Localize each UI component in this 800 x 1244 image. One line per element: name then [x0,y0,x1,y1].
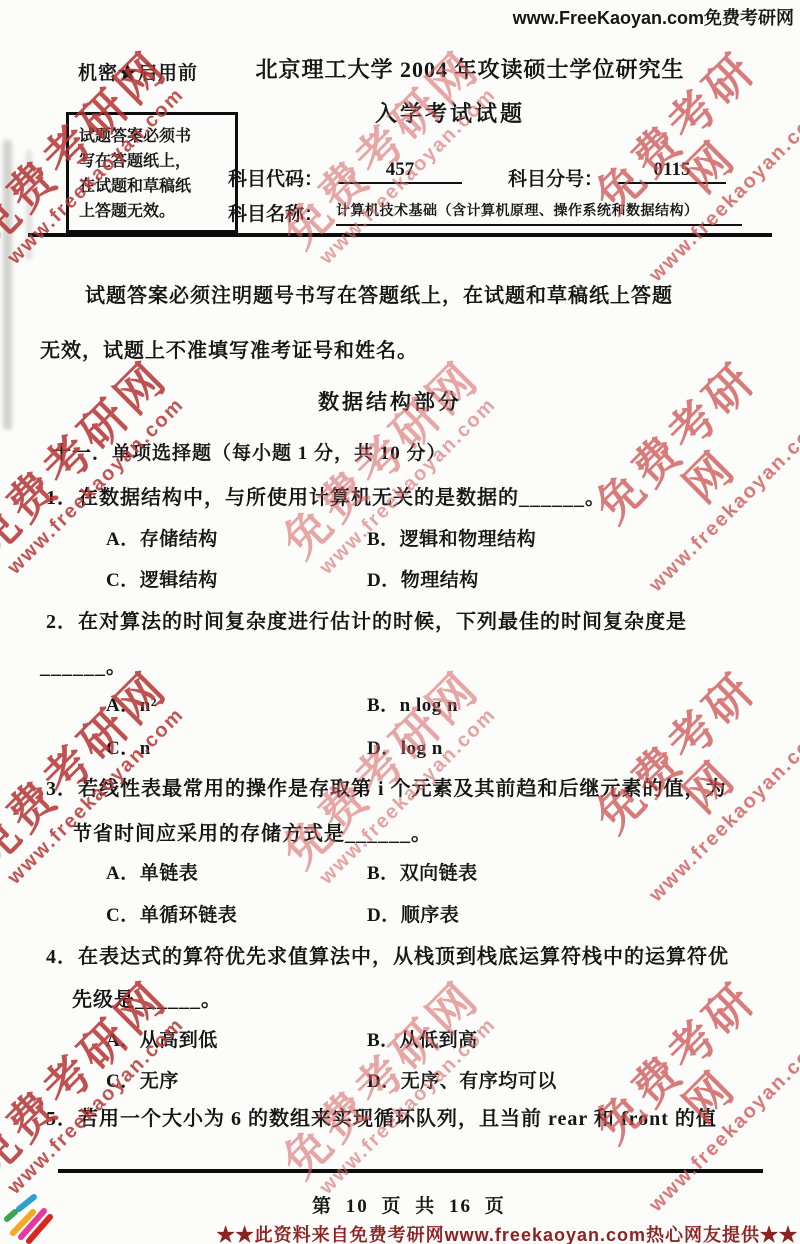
scan-smudge [3,140,12,430]
option-c: C．无序 [106,1066,179,1093]
question-line: 1．在数据结构中，与所使用计算机无关的是数据的______。 [46,481,606,510]
option-a: A．单链表 [106,858,198,885]
subject-name-label: 科目名称： [228,199,323,226]
exam-title-line1: 北京理工大学 2004 年攻读硕士学位研究生 [240,53,700,84]
option-a: A．存储结构 [106,524,218,551]
question-line: 节省时间应采用的存储方式是______。 [72,817,432,846]
option-b: B．双向链表 [367,858,478,885]
question-line: 5．若用一个大小为 6 的数组来实现循环队列，且当前 rear 和 front … [46,1102,717,1131]
option-b: B．逻辑和物理结构 [367,524,536,551]
section-title: 数据结构部分 [0,386,780,416]
instruction-line: 无效，试题上不准填写准考证号和姓名。 [40,334,418,363]
question-line: 先级是______。 [72,983,222,1012]
option-d: D．物理结构 [367,565,479,592]
answer-notice-box: 试题答案必须书 写在答题纸上， 在试题和草稿纸 上答题无效。 [66,112,238,233]
question-line: ______。 [40,650,127,679]
option-c: C．n [106,733,151,760]
option-a: A．n² [106,690,157,717]
header-divider [28,233,772,237]
subject-number-label: 科目分号： [508,164,603,191]
watermark-small-text: www.freekaoyan.com [645,721,800,905]
notice-line: 在试题和草稿纸 [79,174,231,199]
subject-code-label: 科目代码： [228,164,323,191]
subject-number-value: 0115 [618,159,726,184]
option-d: D．无序、有序均可以 [367,1066,557,1093]
instruction-line: 试题答案必须注明题号书写在答题纸上，在试题和草稿纸上答题 [85,279,673,308]
option-b: B．从低到高 [367,1025,478,1052]
notice-line: 试题答案必须书 [79,124,231,149]
question-line: 3．若线性表最常用的操作是存取第 i 个元素及其前趋和后继元素的值，为 [46,772,727,801]
option-b: B．n log n [367,690,458,717]
option-c: C．逻辑结构 [106,565,218,592]
exam-title-line2: 入学考试试题 [240,97,660,128]
watermark-small-text: www.freekaoyan.com [645,101,800,285]
page-number: 第 10 页 共 16 页 [312,1191,472,1218]
watermark-big-text: 免费考研网 [574,650,800,888]
watermark-small-text: www.freekaoyan.com [645,411,800,595]
watermark-tile: 免费考研网www.freekaoyan.com [574,960,800,1216]
footer-divider [58,1169,763,1173]
credit-banner: ★★此资料来自免费考研网www.freekaoyan.com热心网友提供★★ [217,1221,798,1244]
question-line: 2．在对算法的时间复杂度进行估计的时候，下列最佳的时间复杂度是 [46,605,687,634]
site-banner: www.FreeKaoyan.com免费考研网 [513,4,794,30]
watermark-big-text: 免费考研网 [574,340,800,578]
subject-code-value: 457 [338,159,462,184]
notice-line: 写在答题纸上， [79,149,231,174]
option-c: C．单循环链表 [106,900,237,927]
scan-smudge [26,150,32,260]
watermark-big-text: 免费考研网 [574,960,800,1198]
subject-name-value: 计算机技术基础（含计算机原理、操作系统和数据结构） [336,200,742,226]
option-d: D．log n [367,733,443,760]
classification-label: 机密★启用前 [78,58,198,85]
watermark-tile: 免费考研网www.freekaoyan.com [574,340,800,596]
freekaoyan-logo-icon [2,1188,56,1244]
scanned-exam-page: 免费考研网www.freekaoyan.com 免费考研网www.freekao… [0,0,800,1244]
part-heading: 十一．单项选择题（每小题 1 分，共 10 分） [52,438,447,465]
question-line: 4．在表达式的算符优先求值算法中，从栈顶到栈底运算符栈中的运算符优 [46,940,729,969]
option-a: A．从高到低 [106,1025,218,1052]
option-d: D．顺序表 [367,900,459,927]
notice-line: 上答题无效。 [79,199,231,224]
